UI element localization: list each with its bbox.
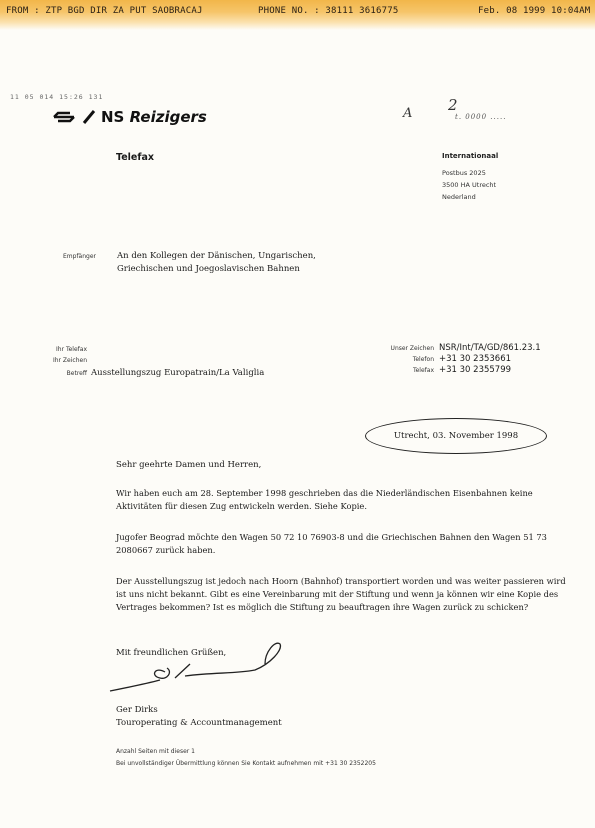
- handwritten-a: A: [403, 106, 412, 121]
- fax-value: +31 30 2355799: [439, 365, 511, 375]
- recipient-line: An den Kollegen der Dänischen, Ungarisch…: [117, 250, 316, 263]
- salutation: Sehr geehrte Damen und Herren,: [116, 460, 261, 470]
- slash-mark-icon: [82, 110, 96, 124]
- recipient-block: Empfänger An den Kollegen der Dänischen,…: [63, 250, 316, 276]
- signer-title: Touroperating & Accountmanagement: [116, 717, 282, 730]
- sender-address-line: Postbus 2025: [442, 167, 498, 179]
- body-paragraph: Wir haben euch am 28. September 1998 ges…: [116, 487, 576, 513]
- subject-label: Betreff: [40, 370, 91, 377]
- document-type: Telefax: [116, 152, 154, 163]
- subject-value: Ausstellungszug Europatrain/La Valiglia: [91, 368, 264, 378]
- handwritten-2: 2: [448, 96, 458, 114]
- handwritten-scrawl: t. 0000 .....: [455, 113, 506, 121]
- fax-datetime: Feb. 08 1999 10:04AM: [478, 6, 590, 16]
- sender-address-line: 3500 HA Utrecht: [442, 179, 498, 191]
- logo-name-text: Reizigers: [130, 108, 207, 126]
- logo-ns-text: NS: [101, 108, 124, 126]
- date-circled: Utrecht, 03. November 1998: [365, 418, 547, 454]
- ref-label: Ihr Telefax: [40, 346, 91, 353]
- sender-address: Internationaal Postbus 2025 3500 HA Utre…: [442, 150, 498, 203]
- sender-address-line: Nederland: [442, 191, 498, 203]
- signer-name: Ger Dirks: [116, 704, 282, 717]
- fax-transmission-header: FROM : ZTP BGD DIR ZA PUT SAOBRACAJ PHON…: [0, 0, 595, 30]
- ns-logo: NS Reizigers: [52, 108, 207, 126]
- fax-phone: PHONE NO. : 38111 3616775: [258, 6, 398, 16]
- recipient-label: Empfänger: [63, 250, 117, 276]
- fax-from: FROM : ZTP BGD DIR ZA PUT SAOBRACAJ: [6, 6, 203, 16]
- transmission-notice: Bei unvollständiger Übermittlung können …: [116, 758, 376, 770]
- letter-date: Utrecht, 03. November 1998: [394, 431, 518, 441]
- signer-block: Ger Dirks Touroperating & Accountmanagem…: [116, 704, 282, 730]
- our-reference-value: NSR/Int/TA/GD/861.23.1: [439, 343, 541, 353]
- references-right: Unser Zeichen NSR/Int/TA/GD/861.23.1 Tel…: [368, 343, 541, 376]
- fax-label: Telefax: [368, 367, 439, 374]
- ns-arrows-logo-icon: [52, 110, 76, 124]
- signature-icon: [105, 636, 305, 696]
- footer: Anzahl Seiten mit dieser 1 Bei unvollstä…: [116, 746, 376, 770]
- phone-label: Telefon: [368, 356, 439, 363]
- sender-department: Internationaal: [442, 150, 498, 162]
- fax-receive-stamp: 11 05 014 15:26 131: [10, 93, 103, 101]
- our-reference-label: Unser Zeichen: [368, 345, 439, 352]
- references-left: Ihr Telefax Ihr Zeichen Betreff Ausstell…: [40, 346, 264, 379]
- body-paragraph: Jugofer Beograd möchte den Wagen 50 72 1…: [116, 531, 576, 557]
- body-paragraph: Der Ausstellungszug ist jedoch nach Hoor…: [116, 575, 576, 615]
- recipient-line: Griechischen und Joegoslavischen Bahnen: [117, 263, 316, 276]
- ref-label: Ihr Zeichen: [40, 357, 91, 364]
- page-count: Anzahl Seiten mit dieser 1: [116, 746, 376, 758]
- phone-value: +31 30 2353661: [439, 354, 511, 364]
